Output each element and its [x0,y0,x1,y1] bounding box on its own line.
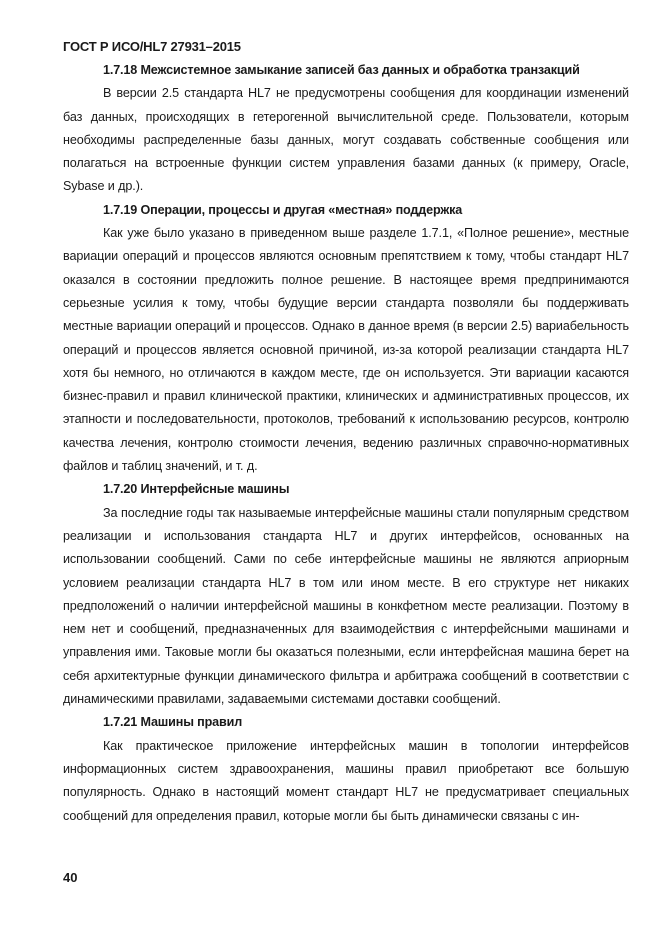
section-1-7-20: 1.7.20 Интерфейсные машины За последние … [63,478,629,711]
section-heading: 1.7.18 Межсистемное замыкание записей ба… [63,59,629,82]
running-header: ГОСТ Р ИСО/HL7 27931–2015 [63,37,629,57]
section-1-7-19: 1.7.19 Операции, процессы и другая «мест… [63,199,629,479]
section-1-7-21: 1.7.21 Машины правил Как практическое пр… [63,711,629,827]
section-heading: 1.7.19 Операции, процессы и другая «мест… [63,199,629,222]
section-heading: 1.7.20 Интерфейсные машины [63,478,629,501]
page-number: 40 [63,870,77,885]
paragraph: Как практическое приложение интерфейсных… [63,735,629,828]
paragraph: За последние годы так называемые интерфе… [63,502,629,712]
section-1-7-18: 1.7.18 Межсистемное замыкание записей ба… [63,59,629,199]
paragraph: Как уже было указано в приведенном выше … [63,222,629,478]
section-heading: 1.7.21 Машины правил [63,711,629,734]
document-page: ГОСТ Р ИСО/HL7 27931–2015 1.7.18 Межсист… [63,37,629,828]
paragraph: В версии 2.5 стандарта HL7 не предусмотр… [63,82,629,198]
